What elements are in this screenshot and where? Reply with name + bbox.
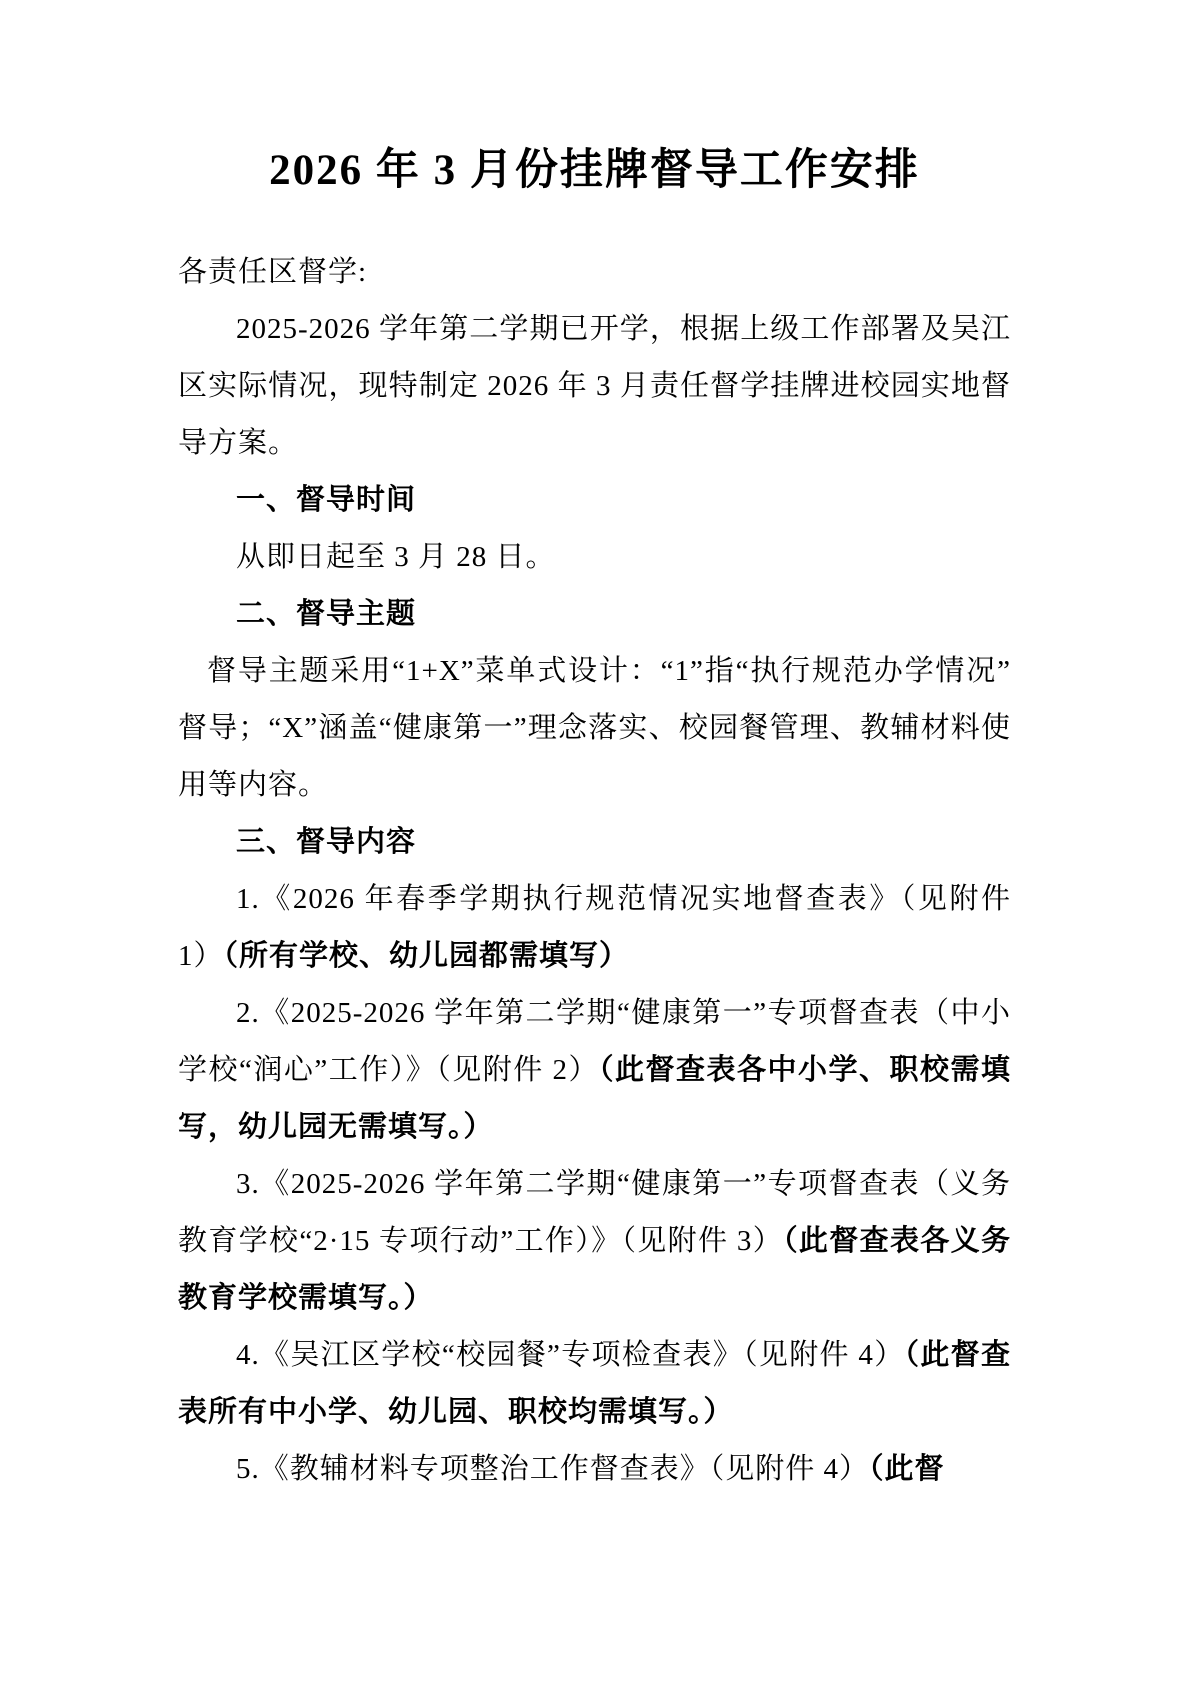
section-2-paragraph: 督导主题采用“1+X”菜单式设计：“1”指“执行规范办学情况”督导；“X”涵盖“… [178,643,1011,814]
body-text: 督导主题采用“1+X”菜单式设计：“1”指“执行规范办学情况”督导；“X”涵盖“… [178,655,1011,801]
intro-paragraph: 2025-2026 学年第二学期已开学，根据上级工作部署及吴江区实际情况，现特制… [178,301,1011,472]
bold-note-text: 二、督导主题 [236,598,416,630]
body-text: 5.《教辅材料专项整治工作督查表》（见附件 4） [236,1453,869,1485]
bold-note-text: （此督 [869,1453,945,1485]
bold-note-text: （所有学校、幼儿园都需填写） [224,940,630,972]
body-text: 4.《吴江区学校“校园餐”专项检查表》（见附件 4） [236,1339,905,1371]
list-item-5: 5.《教辅材料专项整治工作督查表》（见附件 4）（此督 [178,1441,1011,1498]
bold-note-text: 一、督导时间 [236,484,416,516]
document-content: 2026 年 3 月份挂牌督导工作安排 各责任区督学:2025-2026 学年第… [0,0,1191,1498]
section-heading-1: 一、督导时间 [178,472,1011,529]
list-item-3: 3.《2025-2026 学年第二学期“健康第一”专项督查表（义务教育学校“2·… [178,1156,1011,1327]
document-body: 各责任区督学:2025-2026 学年第二学期已开学，根据上级工作部署及吴江区实… [178,244,1011,1498]
body-text: 从即日起至 3 月 28 日。 [236,541,556,573]
list-item-2: 2.《2025-2026 学年第二学期“健康第一”专项督查表（中小学校“润心”工… [178,985,1011,1156]
document-title: 2026 年 3 月份挂牌督导工作安排 [178,144,1011,198]
list-item-1: 1.《2026 年春季学期执行规范情况实地督查表》（见附件 1）（所有学校、幼儿… [178,871,1011,985]
salutation-line: 各责任区督学: [178,244,1011,301]
section-heading-2: 二、督导主题 [178,586,1011,643]
body-text: 2025-2026 学年第二学期已开学，根据上级工作部署及吴江区实际情况，现特制… [178,313,1011,459]
bold-note-text: 三、督导内容 [236,826,416,858]
body-text: 各责任区督学: [178,256,367,288]
list-item-4: 4.《吴江区学校“校园餐”专项检查表》（见附件 4）（此督查表所有中小学、幼儿园… [178,1327,1011,1441]
document-page: 2026 年 3 月份挂牌督导工作安排 各责任区督学:2025-2026 学年第… [0,0,1191,1684]
section-1-paragraph: 从即日起至 3 月 28 日。 [178,529,1011,586]
section-heading-3: 三、督导内容 [178,814,1011,871]
